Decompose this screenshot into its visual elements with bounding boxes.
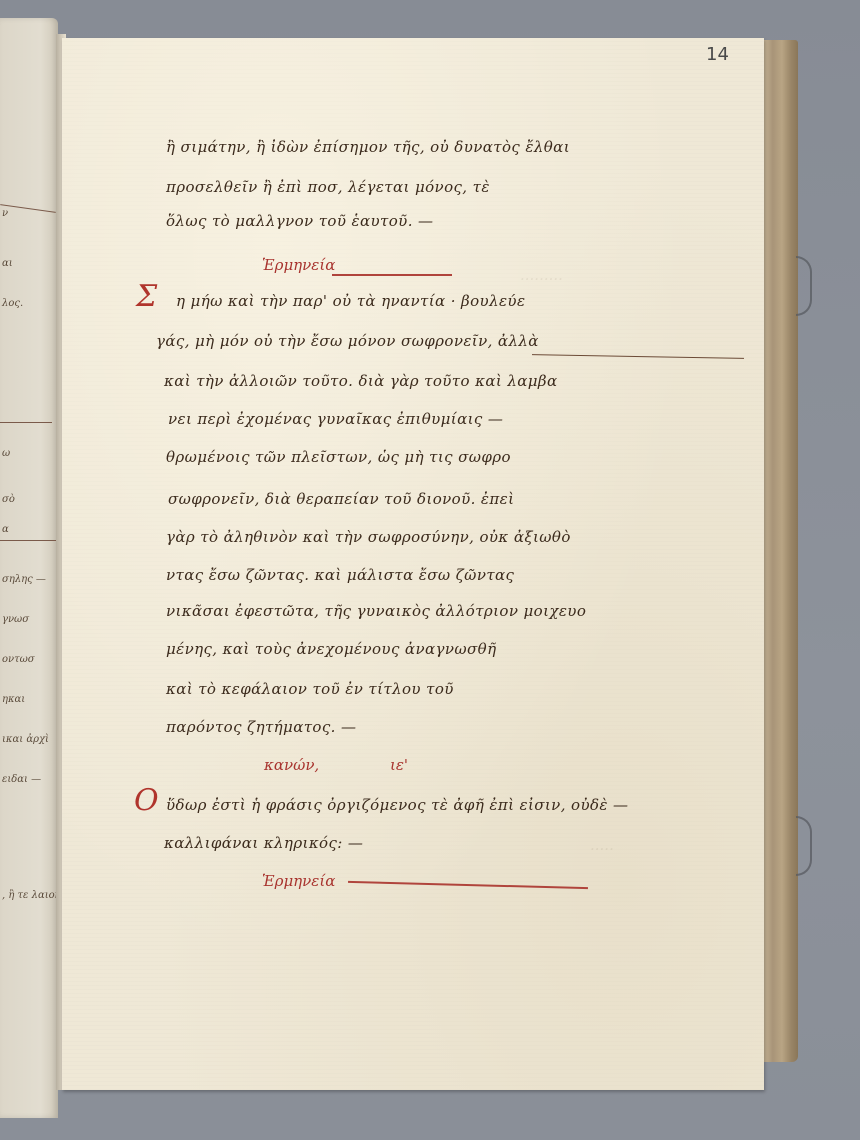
canon-number: ιε' [390, 756, 408, 774]
text-line: καὶ τὸ κεφάλαιον τοῦ ἐν τίτλου τοῦ [166, 680, 454, 698]
rubric-underline [332, 274, 452, 276]
margin-note: ικαι ἀρχὶ [2, 734, 49, 745]
margin-note: α [2, 524, 9, 535]
show-through-text: ········· [520, 270, 563, 288]
text-line: ντας ἔσω ζῶντας. καὶ μάλιστα ἔσω ζῶντας [166, 566, 514, 584]
margin-rule [0, 422, 52, 423]
margin-note: ειδαι — [2, 774, 41, 785]
canon-heading: κανών, [264, 756, 319, 774]
margin-note: λος. [2, 298, 23, 309]
margin-note: γνωσ [2, 614, 29, 625]
book-fore-edge [762, 40, 798, 1062]
text-line: νει περὶ ἐχομένας γυναῖκας ἐπιθυμίαις — [168, 410, 503, 428]
folio-number: 14 [706, 44, 729, 65]
text-line: γὰρ τὸ ἀληθινὸν καὶ τὴν σωφροσύνην, οὐκ … [166, 528, 571, 546]
margin-note: ηκαι [2, 694, 25, 705]
margin-rule [0, 540, 58, 541]
text-line: γάς, μὴ μόν οὐ τὴν ἔσω μόνον σωφρονεῖν, … [156, 332, 539, 350]
margin-note: σηλης — [2, 574, 46, 585]
text-line: καὶ τὴν ἀλλοιῶν τοῦτο. διὰ γὰρ τοῦτο καὶ… [164, 372, 558, 390]
margin-note: ν [2, 208, 8, 219]
margin-note: σὸ [2, 494, 15, 505]
text-line: προσελθεῖν ἢ ἐπὶ ποσ, λέγεται μόνος, τὲ [166, 178, 490, 196]
margin-note: , ἢ τε λαιον. [2, 890, 64, 901]
decorated-initial: Ο [134, 786, 159, 816]
text-line: η μήω καὶ τὴν παρ' οὐ τὰ ηναντία · βουλε… [176, 292, 525, 310]
rubric-heading: Ἑρμηνεία [262, 256, 335, 274]
clasp-icon [796, 256, 812, 316]
text-line: καλλιφάναι κληρικός: — [164, 834, 363, 852]
clasp-icon [796, 816, 812, 876]
decorated-initial: Σ [136, 282, 157, 312]
margin-note: ω [2, 448, 10, 459]
show-through-text: ····· [590, 840, 614, 858]
margin-rule [0, 204, 56, 213]
text-line: νικᾶσαι ἐφεστῶτα, τῆς γυναικὸς ἀλλότριον… [166, 602, 586, 620]
left-facing-page: ν αι λος. ω σὸ α σηλης — γνωσ οντωσ ηκαι… [0, 18, 58, 1118]
rubric-heading: Ἑρμηνεία [262, 872, 335, 890]
text-line: θρωμένοις τῶν πλεῖστων, ὡς μὴ τις σωφρο [166, 448, 511, 466]
text-line: ἢ σιμάτην, ἢ ἰδὼν ἐπίσημον τῆς, οὐ δυνατ… [166, 138, 570, 156]
text-line: ὅλως τὸ μαλλγνον τοῦ ἑαυτοῦ. — [166, 212, 433, 230]
margin-note: οντωσ [2, 654, 35, 665]
text-line: μένης, καὶ τοὺς ἀνεχομένους ἀναγνωσθῆ [166, 640, 496, 658]
text-line: παρόντος ζητήματος. — [166, 718, 356, 736]
margin-note: αι [2, 258, 13, 269]
text-line: σωφρονεῖν, διὰ θεραπείαν τοῦ διονοῦ. ἐπε… [168, 490, 514, 508]
text-line: ὕδωρ ἐστὶ ἡ φράσις ὀργιζόμενος τὲ ἀφῆ ἐπ… [166, 796, 628, 814]
